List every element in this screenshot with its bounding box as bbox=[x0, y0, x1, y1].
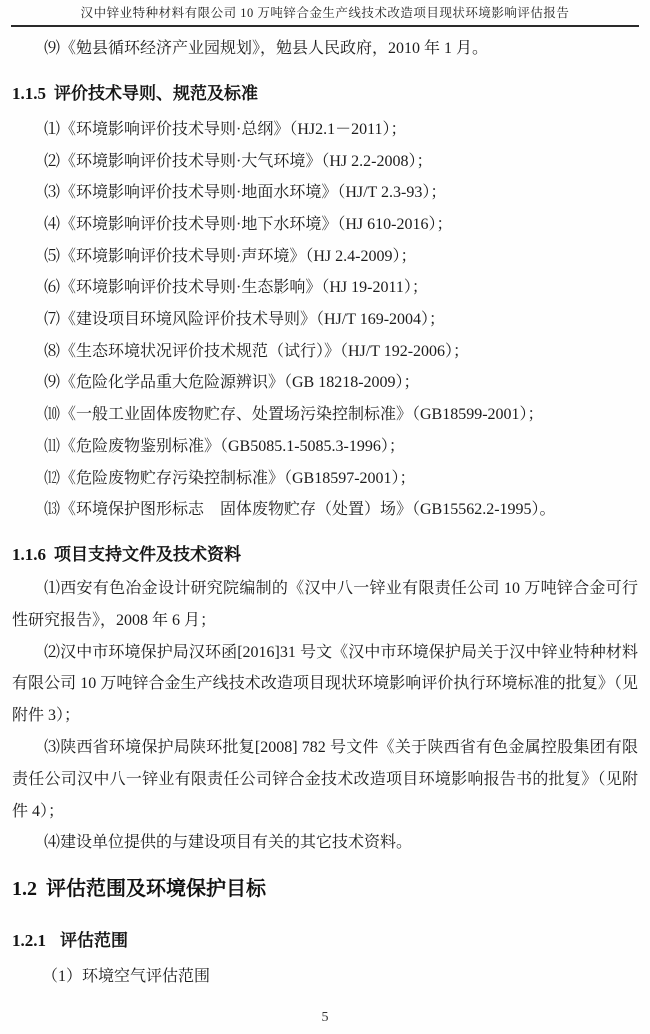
section-title: 评估范围及环境保护目标 bbox=[46, 878, 266, 900]
sub-point-air-scope: （1）环境空气评估范围 bbox=[12, 953, 638, 993]
section-number: 1.2.1 bbox=[12, 931, 46, 950]
list-item: ⑴《环境影响评价技术导则·总纲》（HJ2.1－2011）； bbox=[12, 114, 638, 146]
support-paragraph: ⑵汉中市环境保护局汉环函[2016]31 号文《汉中市环境保护局关于汉中锌业特种… bbox=[12, 637, 638, 732]
list-item: ⑻《生态环境状况评价技术规范（试行）》（HJ/T 192-2006）； bbox=[12, 336, 638, 368]
list-item: ⑽《一般工业固体废物贮存、处置场污染控制标准》（GB18599-2001）； bbox=[12, 399, 638, 431]
page-header: 汉中锌业特种材料有限公司 10 万吨锌合金生产线技术改造项目现状环境影响评估报告 bbox=[12, 3, 638, 23]
support-documents: ⑴西安有色冶金设计研究院编制的《汉中八一锌业有限责任公司 10 万吨锌合金可行性… bbox=[12, 567, 638, 859]
list-item: ⑿《危险废物贮存污染控制标准》（GB18597-2001）； bbox=[12, 463, 638, 495]
page-body: ⑼《勉县循环经济产业园规划》，勉县人民政府，2010 年 1 月。 1.1.5评… bbox=[12, 28, 638, 993]
section-heading-1-2: 1.2评估范围及环境保护目标 bbox=[12, 859, 638, 903]
list-item: ⑼《危险化学品重大危险源辨识》（GB 18218-2009）； bbox=[12, 367, 638, 399]
section-number: 1.1.5 bbox=[12, 84, 46, 103]
section-heading-1-2-1: 1.2.1评估范围 bbox=[12, 903, 638, 953]
page-number: 5 bbox=[322, 1010, 329, 1025]
standards-list: ⑴《环境影响评价技术导则·总纲》（HJ2.1－2011）； ⑵《环境影响评价技术… bbox=[12, 106, 638, 526]
section-heading-1-1-5: 1.1.5评价技术导则、规范及标准 bbox=[12, 65, 638, 106]
section-title: 评估范围 bbox=[60, 931, 128, 950]
list-item: ⑾《危险废物鉴别标准》（GB5085.1-5085.3-1996）； bbox=[12, 431, 638, 463]
section-title: 评价技术导则、规范及标准 bbox=[54, 84, 258, 103]
section-number: 1.2 bbox=[12, 878, 37, 900]
report-title: 汉中锌业特种材料有限公司 10 万吨锌合金生产线技术改造项目现状环境影响评估报告 bbox=[81, 6, 570, 20]
list-item: ⑸《环境影响评价技术导则·声环境》（HJ 2.4-2009）； bbox=[12, 241, 638, 273]
list-item: ⑶《环境影响评价技术导则·地面水环境》（HJ/T 2.3-93）； bbox=[12, 177, 638, 209]
support-paragraph: ⑶陕西省环境保护局陕环批复[2008] 782 号文件《关于陕西省有色金属控股集… bbox=[12, 732, 638, 827]
section-heading-1-1-6: 1.1.6项目支持文件及技术资料 bbox=[12, 526, 638, 567]
list-item: ⑺《建设项目环境风险评价技术导则》（HJ/T 169-2004）； bbox=[12, 304, 638, 336]
list-item: ⑷《环境影响评价技术导则·地下水环境》（HJ 610-2016）； bbox=[12, 209, 638, 241]
section-number: 1.1.6 bbox=[12, 545, 46, 564]
list-item: ⑵《环境影响评价技术导则·大气环境》（HJ 2.2-2008）； bbox=[12, 146, 638, 178]
list-item: ⑹《环境影响评价技术导则·生态影响》（HJ 19-2011）； bbox=[12, 272, 638, 304]
support-paragraph: ⑴西安有色冶金设计研究院编制的《汉中八一锌业有限责任公司 10 万吨锌合金可行性… bbox=[12, 573, 638, 637]
page-footer: 5 bbox=[0, 1010, 650, 1026]
document-page: 汉中锌业特种材料有限公司 10 万吨锌合金生产线技术改造项目现状环境影响评估报告… bbox=[0, 0, 650, 1034]
section-title: 项目支持文件及技术资料 bbox=[54, 545, 241, 564]
support-paragraph: ⑷建设单位提供的与建设项目有关的其它技术资料。 bbox=[12, 827, 638, 859]
header-divider bbox=[11, 25, 639, 27]
list-item: ⒀《环境保护图形标志 固体废物贮存（处置）场》（GB15562.2-1995）。 bbox=[12, 494, 638, 526]
reference-item-9: ⑼《勉县循环经济产业园规划》，勉县人民政府，2010 年 1 月。 bbox=[12, 28, 638, 65]
